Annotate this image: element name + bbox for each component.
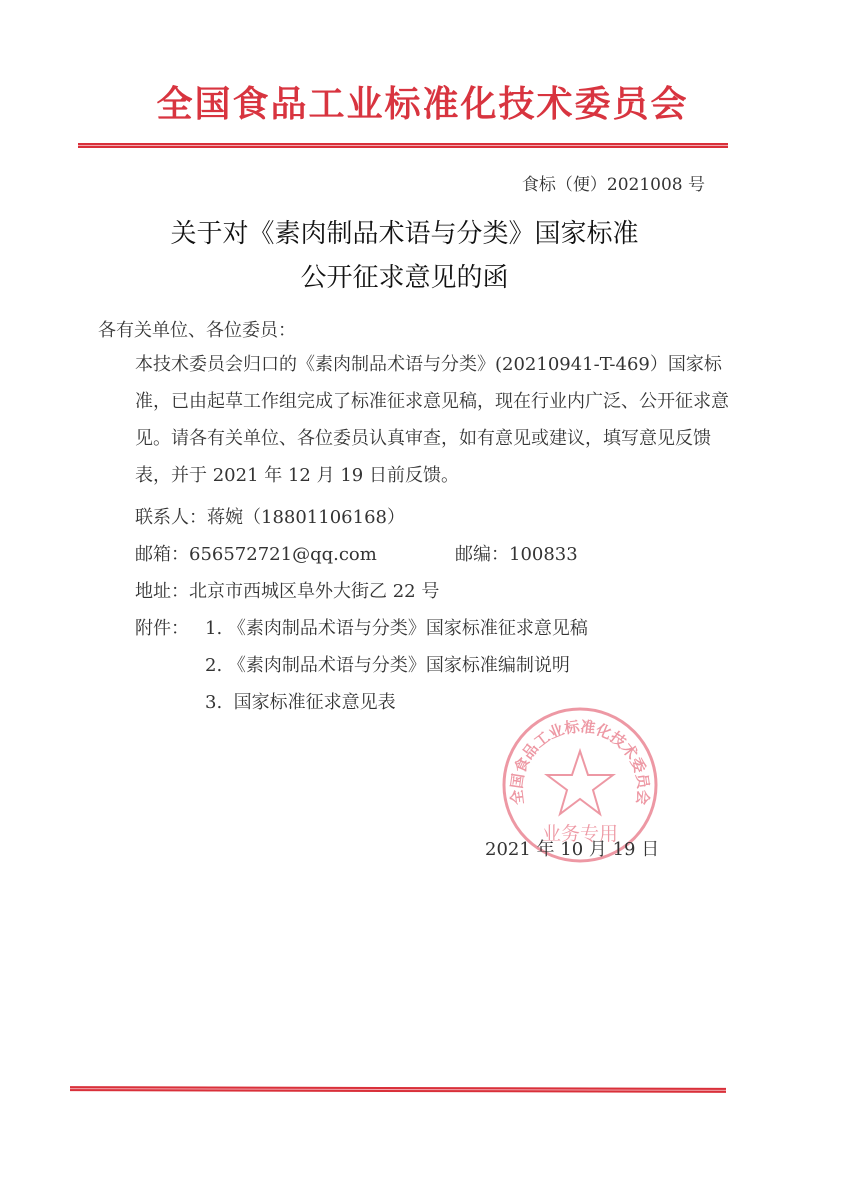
postal-code: 邮编：100833	[455, 540, 578, 566]
document-title-line-2: 公开征求意见的函	[0, 257, 827, 294]
body-paragraph: 本技术委员会归口的《素肉制品术语与分类》(20210941-T-469）国家标准…	[98, 346, 738, 494]
seal-ring-text: 全国食品工业标准化技术委员会	[508, 717, 653, 805]
header-divider	[78, 143, 728, 148]
mailing-address: 地址：北京市西城区阜外大街乙 22 号	[135, 577, 439, 603]
paragraph-text: 本技术委员会归口的《素肉制品术语与分类》(20210941-T-469）国家标准…	[98, 346, 738, 494]
attachment-item: 1. 《素肉制品术语与分类》国家标准征求意见稿	[205, 614, 588, 640]
email-address: 邮箱：656572721@qq.com	[135, 540, 377, 566]
attachment-item: 2. 《素肉制品术语与分类》国家标准编制说明	[205, 651, 570, 677]
attachment-item: 3. 国家标准征求意见表	[205, 688, 396, 714]
document-number: 食标（便）2021008 号	[522, 170, 705, 195]
footer-divider	[70, 1086, 726, 1093]
salutation: 各有关单位、各位委员：	[98, 312, 296, 349]
issue-date: 2021 年 10 月 19 日	[485, 835, 659, 861]
contact-person: 联系人：蒋婉（18801106168）	[135, 503, 405, 529]
svg-text:全国食品工业标准化技术委员会: 全国食品工业标准化技术委员会	[508, 717, 653, 805]
organization-header: 全国食品工业标准化技术委员会	[0, 76, 845, 127]
attachments-label: 附件：	[135, 614, 189, 640]
document-title-line-1: 关于对《素肉制品术语与分类》国家标准	[0, 213, 827, 250]
